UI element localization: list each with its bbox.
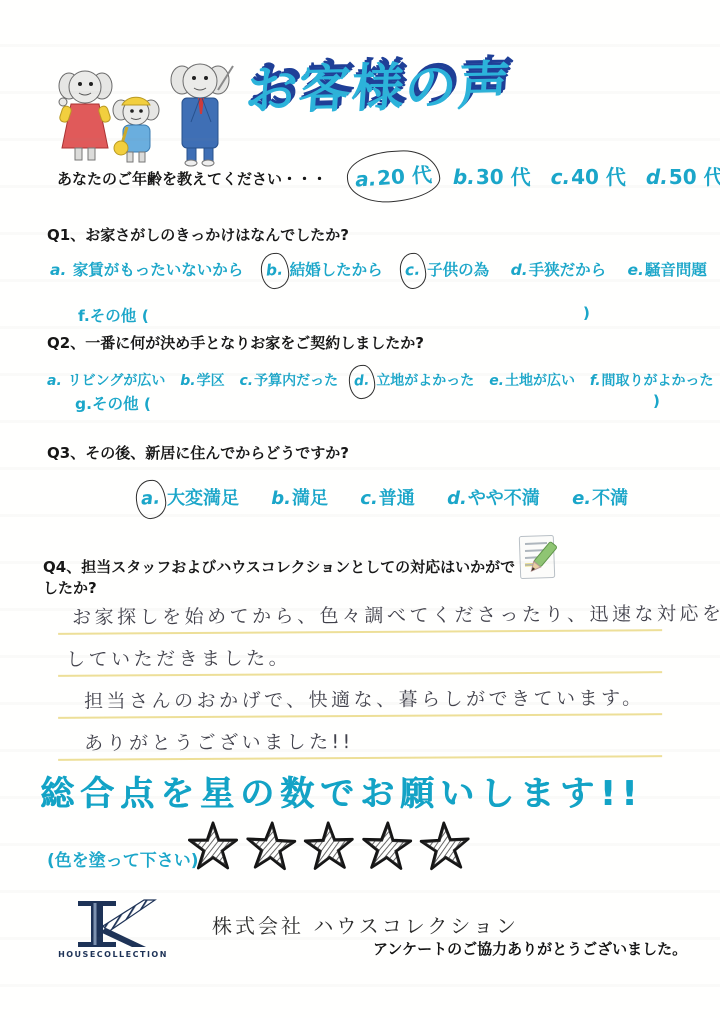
handwritten-line-1: お家探しを始めてから、色々調べてくださったり、迅速な対応を、 (58, 589, 662, 635)
q1-other-row: f.その他 ( ) (78, 304, 590, 326)
q2-header: Q2、一番に何が決め手となりお家をご契約しましたか? (47, 332, 424, 353)
q2-option-e: e.土地が広い (489, 370, 575, 390)
q3-circle-a: a. (135, 479, 168, 520)
q3-option-b: b.満足 (271, 484, 328, 510)
rating-banner: 総合点を星の数でお願いします!! (40, 766, 690, 815)
age-option-d: d.50 代 (646, 161, 720, 190)
q1-other-label: f.その他 ( (78, 304, 149, 326)
q1-option-c: c.子供の為 (404, 258, 489, 280)
q3-options: a.大変満足 b.満足 c.普通 d.やや不満 e.不満 (140, 484, 654, 510)
handwritten-line-2: していただきました。 (58, 631, 662, 677)
age-question-label: あなたのご年齢を教えてください・・・ (57, 170, 327, 188)
q2-other-row: g.その他 ( ) (75, 392, 660, 414)
company-logo-icon (48, 898, 178, 950)
survey-page: お客様の声 あなたのご年齢を教えてください・・・a.20 代b.30 代c.40… (0, 0, 720, 1018)
star-icon (419, 819, 472, 874)
q3-option-c: c.普通 (360, 484, 415, 510)
star-icon (303, 819, 355, 873)
q2-options: a. リビングが広い b.学区 c.予算内だった d.立地がよかった e.土地が… (47, 370, 720, 390)
q1-option-b: b.結婚したから (265, 258, 383, 280)
q2-option-c: c.予算内だった (239, 370, 338, 390)
q1-option-a: a. 家賃がもったいないから (50, 258, 243, 280)
q3-header: Q3、その後、新居に住んでからどうですか? (47, 442, 349, 463)
q2-option-a: a. リビングが広い (47, 370, 165, 390)
star-icon (361, 819, 413, 873)
company-name: 株式会社 ハウスコレクション (212, 910, 519, 939)
q1-option-e: e.騒音問題 (628, 258, 707, 280)
color-in-note: (色を塗って下さい) (47, 846, 199, 871)
q1-circle-b: b. (259, 252, 289, 290)
q3-option-d: d.やや不満 (447, 484, 540, 510)
age-option-b: b.30 代 (453, 161, 531, 190)
q2-option-d: d.立地がよかった (353, 370, 474, 390)
thanks-message: アンケートのご協力ありがとうございました。 (373, 938, 687, 959)
q3-option-e: e.不満 (572, 484, 628, 510)
star-rating (188, 820, 470, 872)
handwritten-line-4: ありがとうございました!! (58, 715, 662, 761)
elephant-family-icon (55, 52, 240, 167)
q1-option-d: d.手狭だから (511, 258, 607, 280)
q1-header: Q1、お家さがしのきっかけはなんでしたか? (47, 224, 349, 245)
q3-option-a: a.大変満足 (140, 484, 239, 510)
q1-circle-c: c. (399, 252, 428, 290)
star-icon (245, 819, 298, 874)
age-option-a-circled: a.20 代 (345, 148, 441, 205)
q1-options: a. 家賃がもったいないから b.結婚したから c.子供の為 d.手狭だから e… (50, 258, 720, 280)
age-question-row: あなたのご年齢を教えてください・・・a.20 代b.30 代c.40 代d.50… (57, 160, 720, 191)
star-icon (188, 820, 238, 872)
q1-other-close-paren: ) (583, 304, 590, 326)
q2-other-label: g.その他 ( (75, 392, 151, 414)
q2-option-b: b.学区 (180, 370, 224, 390)
page-title: お客様の声 (243, 43, 513, 124)
q2-option-f: f.間取りがよかった (590, 370, 714, 390)
handwritten-line-3: 担当さんのおかげで、快適な、暮らしができています。 (58, 673, 662, 719)
q2-other-close-paren: ) (653, 392, 660, 414)
handwritten-answer: お家探しを始めてから、色々調べてくださったり、迅速な対応を、 していただきました… (58, 591, 662, 759)
memo-pencil-icon (516, 534, 566, 582)
age-option-c: c.40 代 (551, 161, 626, 190)
logo-caption: HOUSECOLLECTION (48, 950, 178, 959)
